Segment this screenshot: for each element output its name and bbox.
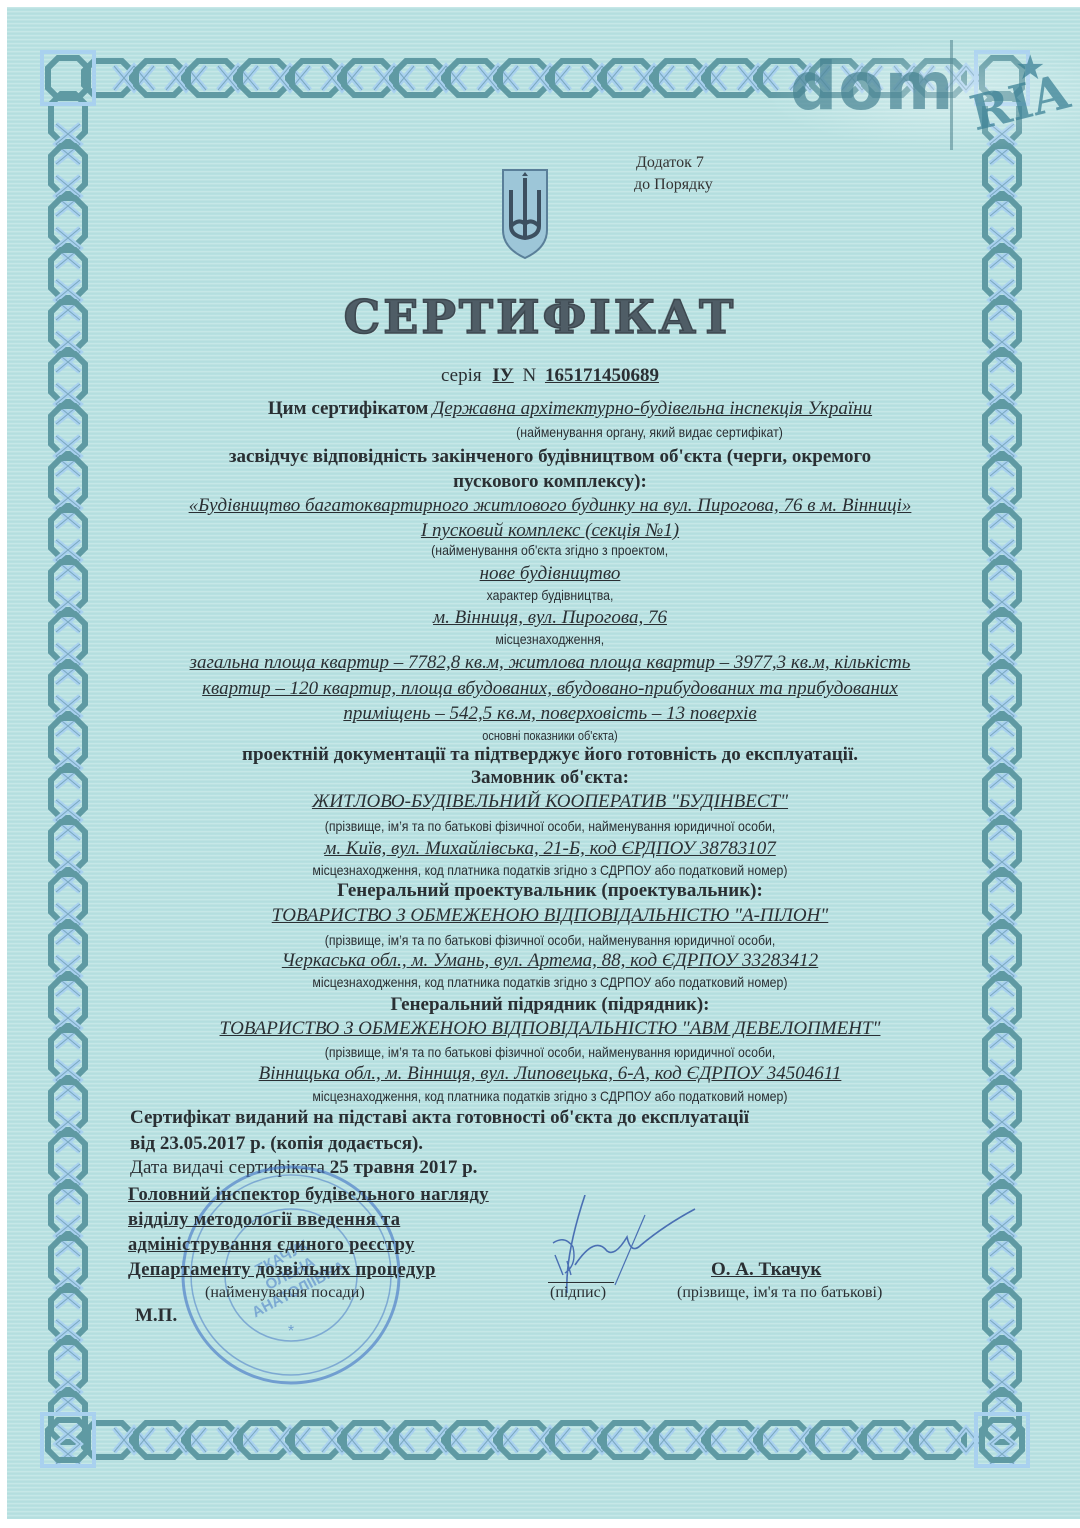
indicators-row2: квартир – 120 квартир, площа вбудованих,… <box>120 678 980 700</box>
position-line1: Головний інспектор будівельного нагляду <box>128 1183 489 1208</box>
position-line2: відділу методології введення та <box>128 1208 489 1233</box>
customer-address-row: м. Київ, вул. Михайлівська, 21-Б, код ЄР… <box>120 838 980 860</box>
basis-line2: від 23.05.2017 р. (копія додається). <box>130 1133 749 1155</box>
signatory-position: Головний інспектор будівельного нагляду … <box>128 1183 489 1283</box>
object-location: м. Вінниця, вул. Пирогова, 76 <box>433 607 667 628</box>
construction-type-row: нове будівництво <box>120 563 980 585</box>
indicators-line2: квартир – 120 квартир, площа вбудованих,… <box>202 678 898 699</box>
appendix-line1: Додаток 7 <box>634 152 713 174</box>
trident-coat-of-arms-icon <box>501 168 549 260</box>
designer-address-caption: місцезнаходження, код платника податків … <box>312 974 787 990</box>
issuer-prefix: Цим сертифікатом <box>268 398 428 419</box>
signature-caption: (підпис) <box>550 1284 606 1302</box>
customer-name-row: ЖИТЛОВО-БУДІВЕЛЬНИЙ КООПЕРАТИВ "БУДІНВЕС… <box>120 791 980 813</box>
signatory-name: О. А. Ткачук <box>711 1259 821 1281</box>
object-name-line2: І пусковий комплекс (секція №1) <box>421 520 679 541</box>
watermark-dom-text: dom <box>790 48 954 125</box>
series-value: ІУ <box>486 365 517 386</box>
designer-heading: Генеральний проектувальник (проектувальн… <box>120 880 980 902</box>
contractor-name-row: ТОВАРИСТВО З ОБМЕЖЕНОЮ ВІДПОВІДАЛЬНІСТЮ … <box>120 1018 980 1040</box>
designer-address-row: Черкаська обл., м. Умань, вул. Артема, 8… <box>120 950 980 972</box>
designer-address: Черкаська обл., м. Умань, вул. Артема, 8… <box>282 950 818 971</box>
attest-line1: засвідчує відповідність закінченого буді… <box>120 446 980 468</box>
contractor-name-caption: (прізвище, ім’я та по батькові фізичної … <box>325 1044 776 1060</box>
signature-icon <box>545 1195 705 1295</box>
construction-caption-row: характер будівництва, <box>120 587 980 605</box>
number-label: N <box>522 365 536 386</box>
indicators-caption: основні показники об'єкта) <box>482 729 617 743</box>
series-line: серія ІУ N 165171450689 <box>120 365 980 387</box>
indicators-row3: приміщень – 542,5 кв.м, поверховість – 1… <box>120 703 980 725</box>
designer-name-caption: (прізвище, ім’я та по батькові фізичної … <box>325 932 776 948</box>
object-name-line1: «Будівництво багатоквартирного житлового… <box>189 495 912 516</box>
issuer-caption: (найменування органу, який видає сертифі… <box>517 424 784 440</box>
customer-name-caption: (прізвище, ім’я та по батькові фізичної … <box>325 818 776 834</box>
appendix-note: Додаток 7 до Порядку <box>634 152 713 196</box>
designer-name-row: ТОВАРИСТВО З ОБМЕЖЕНОЮ ВІДПОВІДАЛЬНІСТЮ … <box>120 905 980 927</box>
customer-address-caption-row: місцезнаходження, код платника податків … <box>120 862 980 880</box>
construction-caption: характер будівництва, <box>487 587 614 603</box>
appendix-line2: до Порядку <box>634 174 713 196</box>
object-name-row2: І пусковий комплекс (секція №1) <box>120 520 980 542</box>
series-label: серія <box>441 365 482 386</box>
object-name-caption-row: (найменування об'єкта згідно з проектом, <box>120 542 980 560</box>
contractor-heading: Генеральний підрядник (підрядник): <box>120 994 980 1016</box>
customer-name-caption-row: (прізвище, ім’я та по батькові фізичної … <box>120 818 980 836</box>
contractor-address-caption: місцезнаходження, код платника податків … <box>312 1088 787 1104</box>
contractor-address-caption-row: місцезнаходження, код платника податків … <box>120 1088 980 1106</box>
watermark-separator <box>950 40 953 150</box>
signature-line <box>548 1282 614 1283</box>
designer-address-caption-row: місцезнаходження, код платника податків … <box>120 974 980 992</box>
position-line3: адміністрування єдиного реєстру <box>128 1233 489 1258</box>
contractor-name-caption-row: (прізвище, ім’я та по батькові фізичної … <box>120 1044 980 1062</box>
issuer-line: Цим сертифікатом Державна архітектурно-б… <box>200 398 940 420</box>
customer-address-caption: місцезнаходження, код платника податків … <box>312 862 787 878</box>
issuer-value: Державна архітектурно-будівельна інспекц… <box>432 398 872 419</box>
indicators-row1: загальна площа квартир – 7782,8 кв.м, жи… <box>120 652 980 674</box>
indicators-line3: приміщень – 542,5 кв.м, поверховість – 1… <box>343 703 756 724</box>
customer-address: м. Київ, вул. Михайлівська, 21-Б, код ЄР… <box>324 838 776 859</box>
location-row: м. Вінниця, вул. Пирогова, 76 <box>120 607 980 629</box>
seal-label: М.П. <box>135 1305 177 1327</box>
customer-heading: Замовник об'єкта: <box>120 767 980 789</box>
certificate-title: СЕРТИФІКАТ <box>0 290 1080 344</box>
signatory-name-caption: (прізвище, ім'я та по батькові) <box>677 1284 882 1302</box>
construction-type: нове будівництво <box>480 563 621 584</box>
object-name-row1: «Будівництво багатоквартирного житлового… <box>110 495 990 517</box>
basis-line1: Сертифікат виданий на підставі акта гото… <box>130 1107 749 1129</box>
certificate-number: 165171450689 <box>541 365 659 386</box>
issuer-caption-row: (найменування органу, який видає сертифі… <box>300 424 1000 442</box>
customer-name: ЖИТЛОВО-БУДІВЕЛЬНИЙ КООПЕРАТИВ "БУДІНВЕС… <box>312 791 788 812</box>
position-line4: Департаменту дозвільних процедур <box>128 1258 489 1283</box>
designer-name: ТОВАРИСТВО З ОБМЕЖЕНОЮ ВІДПОВІДАЛЬНІСТЮ … <box>272 905 829 926</box>
attest-line2: пускового комплексу): <box>120 471 980 493</box>
svg-text:*: * <box>288 1323 294 1340</box>
object-name-caption: (найменування об'єкта згідно з проектом, <box>432 542 669 558</box>
location-caption-row: місцезнаходження, <box>120 631 980 649</box>
contractor-name: ТОВАРИСТВО З ОБМЕЖЕНОЮ ВІДПОВІДАЛЬНІСТЮ … <box>220 1018 881 1039</box>
conformity-line: проектній документації та підтверджує йо… <box>120 744 980 766</box>
location-caption: місцезнаходження, <box>496 631 605 647</box>
contractor-address-row: Вінницька обл., м. Вінниця, вул. Липовец… <box>120 1063 980 1085</box>
dom-ria-watermark: dom ★ RIA <box>760 40 1080 150</box>
designer-name-caption-row: (прізвище, ім’я та по батькові фізичної … <box>120 932 980 950</box>
basis-block: Сертифікат виданий на підставі акта гото… <box>130 1107 749 1155</box>
indicators-caption-row: основні показники об'єкта) <box>120 727 980 745</box>
position-caption: (найменування посади) <box>205 1284 365 1302</box>
contractor-address: Вінницька обл., м. Вінниця, вул. Липовец… <box>259 1063 842 1084</box>
indicators-line1: загальна площа квартир – 7782,8 кв.м, жи… <box>190 652 911 673</box>
